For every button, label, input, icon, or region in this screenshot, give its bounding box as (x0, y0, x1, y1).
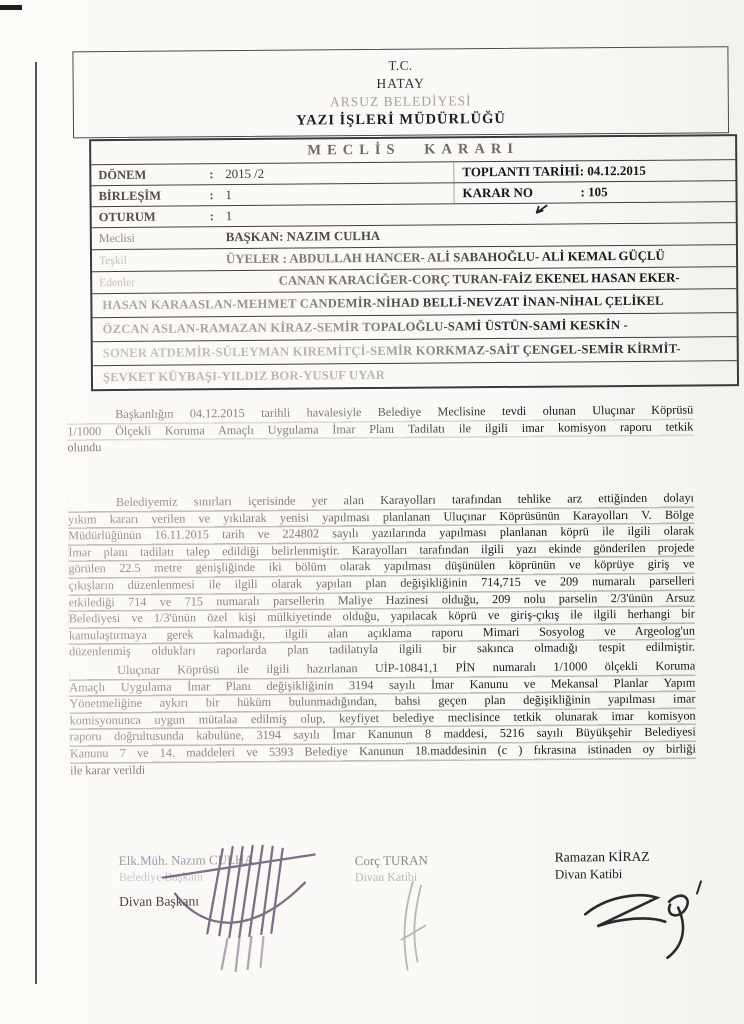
toplanti-tarihi: TOPLANTI TARİHİ: 04.12.2015 (453, 160, 735, 182)
oturum-label: OTURUM (92, 209, 210, 225)
decision-title: MECLİS KARARI (307, 141, 519, 160)
chairman-name: Elk.Müh. Nazım CULHA (119, 850, 329, 869)
signature-block-chairman: Elk.Müh. Nazım CULHA Belediye Başkanı Di… (119, 850, 329, 910)
meclisi-label: Meclisi (92, 230, 210, 246)
karar-no-cell: KARAR NO : 105 (453, 181, 735, 203)
paragraph-intro: Başkanlığın 04.12.2015 tarihli havalesiy… (67, 401, 693, 456)
clerk1-title: Divan Katibi (355, 868, 505, 886)
paragraph-resolution: Uluçınar Köprüsü ile ilgili hazırlanan U… (69, 657, 696, 778)
members-row-4: ŞEVKET KÜYBAŞI-YILDIZ BOR-YUSUF UYAR (93, 360, 737, 389)
edenler-label: Edenler (92, 276, 210, 289)
letterhead-department: YAZI İŞLERİ MÜDÜRLÜĞÜ (74, 108, 728, 132)
paragraph-findings: Belediyemiz sınırları içerisinde yer ala… (68, 489, 695, 660)
oturum-colon: : (210, 209, 222, 224)
donem-label: DÖNEM (91, 167, 209, 183)
donem-colon: : (209, 167, 221, 182)
signature-block-clerk-2: Ramazan KİRAZ Divan Katibi (555, 847, 725, 882)
birlesim-label: BİRLEŞİM (91, 188, 209, 204)
karar-no-label: KARAR NO (462, 184, 580, 201)
scanned-council-decision-page: T.C. HATAY ARSUZ BELEDİYESİ YAZI İŞLERİ … (0, 0, 744, 1024)
clerk1-name: Corç TURAN (355, 851, 505, 869)
clerk2-name: Ramazan KİRAZ (555, 847, 725, 865)
chairman-title: Divan Başkanı (119, 891, 329, 910)
paragraph-line: düzenlenmiş oldukları raporlarda plan ta… (69, 639, 695, 661)
teskil-label: Teşkil (92, 254, 210, 267)
uyeler-line-1: ÜYELER : ABDULLAH HANCER- ALİ SABAHOĞLU-… (222, 248, 736, 267)
chairman-title-faint: Belediye Başkanı (119, 867, 329, 886)
signature-block-clerk-1: Corç TURAN Divan Katibi (355, 851, 505, 886)
decision-table: MECLİS KARARI DÖNEM : 2015 /2 TOPLANTI T… (89, 134, 739, 391)
karar-no-value: : 105 (580, 184, 607, 200)
pen-check-mark (534, 204, 550, 216)
donem-value: 2015 /2 (221, 165, 453, 182)
birlesim-colon: : (209, 188, 221, 203)
uyeler-line-2: CANAN KARACİĞER-CORÇ TURAN-FAİZ EKENEL H… (222, 270, 736, 289)
oturum-value: 1 (222, 205, 736, 224)
baskan-name: BAŞKAN: NAZIM CULHA (222, 226, 736, 245)
clerk1-signature (379, 877, 450, 983)
letterhead-box: T.C. HATAY ARSUZ BELEDİYESİ YAZI İŞLERİ … (72, 46, 729, 138)
clerk2-signature (577, 879, 718, 970)
clerk2-title: Divan Katibi (555, 864, 725, 882)
birlesim-value: 1 (221, 186, 453, 203)
